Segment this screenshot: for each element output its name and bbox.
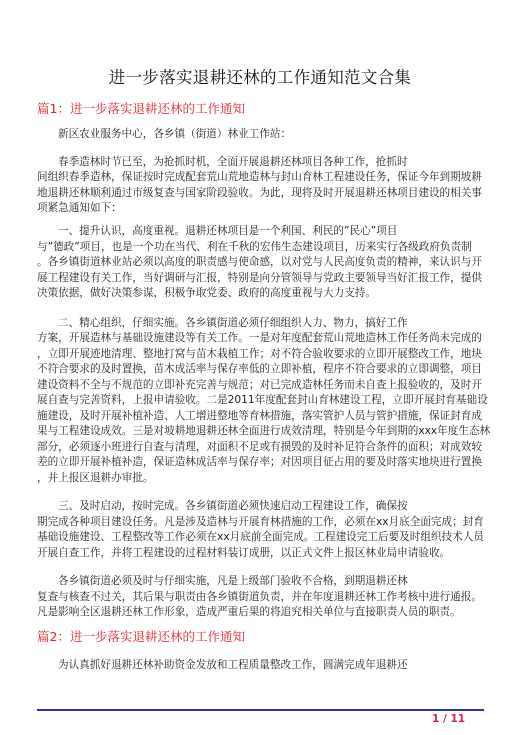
text-line: 与”德政”项目，也是一个功在当代、利在千秋的宏伟生态建设项目，历来实行各级政府负… — [37, 240, 472, 254]
text-line: 春季造林时节已至，为抢抓时机，全面开展退耕还林项目各种工作，抢抓时 — [58, 155, 408, 169]
page-indicator: 1 / 11 — [432, 713, 465, 725]
text-line: 凡是影响全区退耕还林工作形象，造成严重后果的将追究相关单位与直接职责人员的职责。 — [37, 605, 461, 619]
text-line: 项紧急通知如下： — [37, 201, 122, 215]
text-line: 为认真抓好退耕还林补助资金发放和工程质量整改工作，圆满完成年退耕还 — [58, 658, 408, 672]
text-line: 期完成各种项目建设任务。凡是涉及造林与开展育林措施的工作，必须在xx月底全面完成… — [37, 515, 484, 529]
text-line: 方案，开展造林与基础设施建设等有关工作。一是对年度配套荒山荒地造林工作任务尚未完… — [37, 331, 482, 345]
text-line: 二、精心组织，仔细实施。各乡镇街道必须仔细组织人力、物力，搞好工作 — [58, 316, 408, 330]
text-line: 建设资料不全与不规范的立即补充完善与规范；对已完成造林任务而未自查上报验收的，及… — [37, 378, 482, 392]
text-line: 施建设，及时开展补植补造、人工增进整地等育林措施，落实管护人员与管护措施，保证封… — [37, 409, 482, 423]
text-line: 差的立即开展补植补造，保证造林成活率与保存率；对因项目征占用的要及时落实地块进行… — [37, 455, 482, 469]
document-title: 进一步落实退耕还林的工作通知范文合集 — [0, 64, 520, 88]
text-line: 三、及时启动，按时完成。各乡镇街道必须快速启动工程建设工作，确保按 — [58, 499, 408, 513]
text-line: 地退耕还林顺利通过市级复查与国家阶段验收。为此，现将及时开展退耕还林项目建设的相… — [37, 186, 482, 200]
text-line: ，并上报区退耕办审批。 — [37, 471, 154, 485]
text-line: 基础设施建设、工程整改等工作必须在xx月底前全面完成。工程建设完工后要及时组织技… — [37, 530, 484, 544]
section-heading-1: 篇1：进一步落实退耕还林的工作通知 — [37, 99, 245, 117]
text-line: 一、提升认识，高度重视。退耕还林项目是一个利国、利民的”民心”项目 — [58, 224, 397, 238]
text-line: 各乡镇街道必须及时与仔细实施，凡是上级部门验收不合格，到期退耕还林 — [58, 574, 408, 588]
section-heading-2: 篇2：进一步落实退耕还林的工作通知 — [37, 627, 245, 645]
text-line: 果与工程建设成效。三是对坡耕地退耕还林全面进行成效清理，特别是今年到期的xxx年… — [37, 424, 490, 438]
text-line: 部分，必须逐小班进行自查与清理，对面积不足或有损毁的及时补足符合条件的面积；对成… — [37, 440, 482, 454]
salutation-line: 新区农业服务中心，各乡镇（街道）林业工作站： — [58, 127, 291, 141]
text-line: 展工程建设有关工作，当好调研与汇报，特别是向分管领导与党政主要领导当好汇报工作，… — [37, 271, 482, 285]
text-line: 不符合要求的及时置换，苗木成活率与保存率低的立即补植，程序不符合要求的立即调整，… — [37, 362, 482, 376]
text-line: 开展自查工作，并将工程建设的过程材料装订成册，以正式文件上报区林业局申请验收。 — [37, 546, 450, 560]
text-line: 间组织春季造林，保证按时完成配套荒山荒地造林与封山育林工程建设任务，保证今年到期… — [37, 170, 482, 184]
document-page: 进一步落实退耕还林的工作通知范文合集 篇1：进一步落实退耕还林的工作通知 新区农… — [0, 0, 520, 735]
text-line: 复查与核查不过关，其后果与职责由各乡镇街道负责，并在年度退耕还林工作考核中进行通… — [37, 590, 482, 604]
text-line: 决策依据，做好决策参谋，积极争取党委、政府的高度重视与大力支持。 — [37, 286, 376, 300]
footer-divider — [37, 709, 484, 711]
text-line: 。各乡镇街道林业站必须以高度的职责感与使命感，以对党与人民高度负责的精神，来认识… — [37, 255, 482, 269]
text-line: ，立即开展迹地清理、整地打窝与苗木栽植工作；对不符合验收要求的立即开展整改工作，… — [37, 347, 482, 361]
text-line: 展自查与完善资料，上报申请验收。二是2011年度配套封山育林建设工程，立即开展封… — [37, 393, 488, 407]
